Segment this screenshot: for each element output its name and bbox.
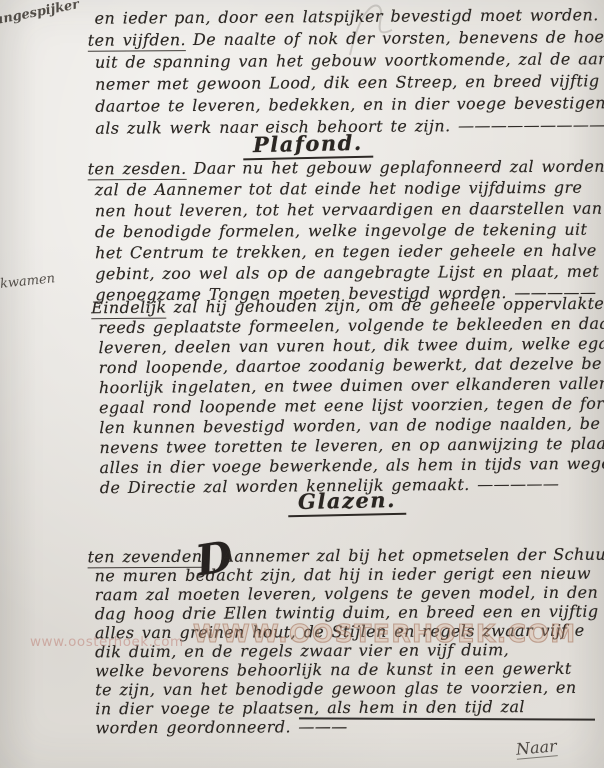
manuscript-line: ten zesden.Daar nu het gebouw geplafonne…: [88, 156, 600, 180]
section-heading-glazen: Glazen.: [288, 487, 406, 517]
margin-note-mid: kwamen: [0, 271, 56, 292]
margin-note-top: aangespijker: [0, 0, 80, 30]
line-text: daartoe te leveren, bedekken, en in dier…: [95, 93, 604, 116]
watermark-small: www.oosterhoek.com: [30, 634, 184, 650]
line-text: de benodigde formelen, welke ingevolge d…: [95, 220, 587, 242]
line-lead: Eindelijk: [91, 298, 166, 320]
line-text: ne muren bedacht zijn, dat hij in ieder …: [95, 564, 591, 586]
line-text: uit de spanning van het gebouw voortkome…: [95, 49, 604, 72]
manuscript-line: gebint, zoo wel als op de aangebragte Li…: [88, 261, 600, 285]
manuscript-page: aangespijker kwamen en ieder pan, door e…: [0, 0, 604, 768]
line-text: De naalte of nok der vorsten, benevens d…: [193, 27, 604, 49]
line-text: Daar nu het gebouw geplafonneerd zal wor…: [194, 157, 604, 178]
line-text: raam zal moeten leveren, volgens te geve…: [95, 583, 599, 605]
paragraph-eindelijk: Eindelijkzal hij gehouden zijn, om de ge…: [91, 294, 603, 498]
manuscript-line: zal de Aannemer tot dat einde het nodige…: [88, 177, 600, 201]
section-heading-plafond: Plafond.: [243, 130, 373, 161]
paragraph-ten-zesden: ten zesden.Daar nu het gebouw geplafonne…: [88, 156, 601, 306]
line-text: het Centrum te trekken, en tegen ieder g…: [95, 241, 597, 263]
manuscript-line: de benodigde formelen, welke ingevolge d…: [88, 219, 600, 243]
line-text: worden geordonneerd. ———: [95, 717, 347, 737]
line-text: in dier voege te plaatsen, als hem in de…: [95, 697, 525, 718]
line-text: zal de Aannemer tot dat einde het nodige…: [95, 178, 583, 200]
line-text: nen hout leveren, tot het vervaardigen e…: [95, 199, 603, 221]
line-text: nemer met gewoon Lood, dik een Streep, e…: [95, 71, 604, 94]
catchword: Naar: [515, 736, 557, 759]
line-text: te zijn, van het benodigde gewoon glas t…: [95, 678, 576, 700]
line-text: Aannemer zal bij het opmetselen der Schu…: [215, 545, 604, 566]
paragraph-ten-vijfden: en ieder pan, door een latspijker bevest…: [88, 4, 601, 140]
line-lead: ten zesden.: [88, 159, 187, 181]
line-text: zal hij gehouden zijn, om de geheele opp…: [173, 293, 604, 316]
line-lead: ten vijfden.: [88, 30, 186, 52]
line-text: welke bevorens behoorlijk na de kunst in…: [95, 659, 572, 680]
manuscript-line: nen hout leveren, tot het vervaardigen e…: [88, 198, 600, 222]
line-text: en ieder pan, door een latspijker bevest…: [95, 5, 604, 28]
watermark-large: WWW.OOSTERHOEK.COM: [193, 619, 577, 648]
manuscript-line: het Centrum te trekken, en tegen ieder g…: [88, 240, 600, 264]
line-text: gebint, zoo wel als op de aangebragte Li…: [95, 262, 599, 284]
